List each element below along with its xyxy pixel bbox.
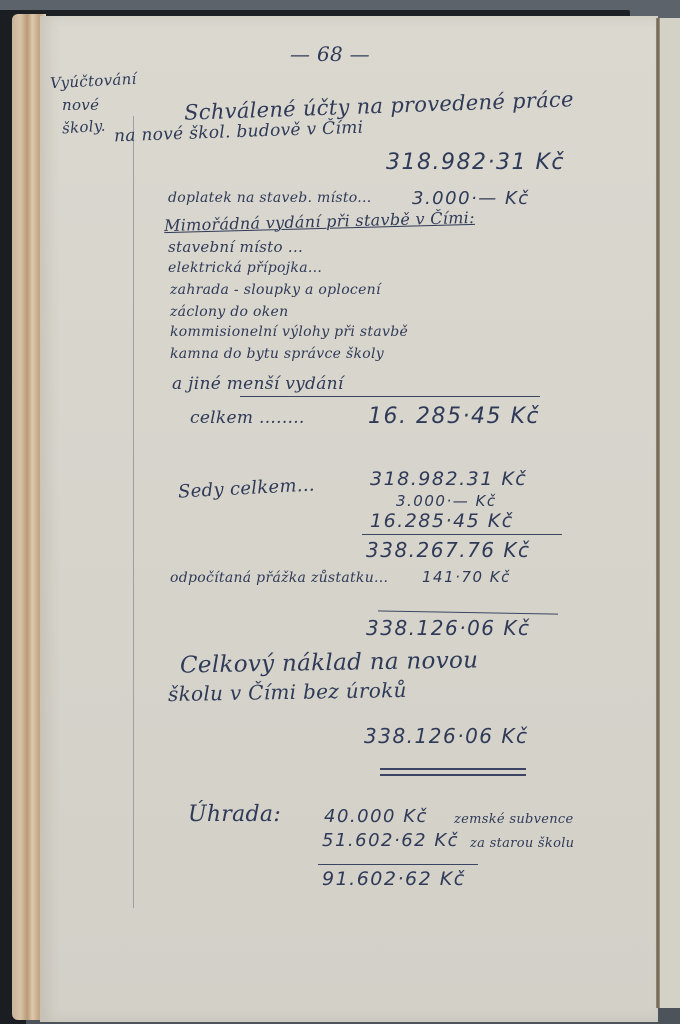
extraordinary-sum-rule [240, 396, 540, 397]
total-double-rule-2 [380, 774, 526, 776]
total-cost-line-1: Celkový náklad na novou [180, 647, 479, 678]
extra-item-4: záclony do oken [170, 304, 288, 320]
ledger-page: — 68 — Vyúčtování nové školy. Schválené … [40, 16, 658, 1022]
summary-label: Sedy celkem... [178, 474, 316, 502]
coverage-line-2-amount: 51.602·62 Kč [322, 830, 459, 851]
summary-line-2: 3.000·— Kč [396, 492, 497, 510]
coverage-line-1-note: zemské subvence [454, 812, 574, 827]
heading-amount: 318.982·31 Kč [386, 150, 565, 175]
margin-note-line-1: Vyúčtování [50, 70, 138, 93]
coverage-label: Úhrada: [188, 802, 281, 827]
extraordinary-total-amount: 16. 285·45 Kč [368, 404, 540, 429]
coverage-line-1-amount: 40.000 Kč [324, 806, 428, 827]
page-number: — 68 — [290, 42, 370, 66]
margin-note-line-2: nové [62, 96, 99, 114]
doplatek-label: doplatek na staveb. místo... [168, 190, 372, 206]
summary-result: 338.126·06 Kč [366, 616, 530, 640]
extra-item-2: elektrická přípojka... [168, 260, 322, 276]
margin-rule [133, 116, 134, 908]
summary-sum: 338.267.76 Kč [366, 538, 530, 562]
heading-line-1: Schválené účty na provedené práce [184, 87, 574, 125]
heading-line-2: na nové škol. budově v Čími [114, 118, 364, 147]
summary-line-1: 318.982.31 Kč [370, 468, 527, 490]
facing-page-edge [660, 18, 680, 1008]
extra-item-7: a jiné menší vydání [172, 374, 344, 394]
coverage-total: 91.602·62 Kč [322, 868, 466, 890]
margin-note-line-3: školy. [61, 116, 106, 137]
deduction-rule [378, 610, 558, 614]
extra-item-1: stavební místo ... [168, 238, 303, 256]
summary-line-3: 16.285·45 Kč [370, 510, 514, 532]
summary-sum-rule [362, 534, 562, 535]
ledger-photo: — 68 — Vyúčtování nové školy. Schválené … [0, 0, 680, 1024]
total-double-rule-1 [380, 768, 526, 770]
extra-item-5: kommisionelní výlohy při stavbě [170, 324, 408, 340]
extraordinary-total-label: celkem ........ [190, 408, 305, 428]
extra-item-3: zahrada - sloupky a oplocení [170, 282, 381, 298]
extra-item-6: kamna do bytu správce školy [170, 346, 384, 362]
deduction-amount: 141·70 Kč [422, 568, 511, 586]
deduction-label: odpočítaná přážka zůstatku... [170, 570, 388, 586]
coverage-sum-rule [318, 864, 478, 865]
coverage-line-2-note: za starou školu [470, 836, 574, 851]
doplatek-amount: 3.000·— Kč [412, 188, 530, 209]
total-cost-line-2: školu v Čími bez úroků [168, 678, 407, 706]
extraordinary-title: Mimořádná vydání při stavbě v Čími: [164, 208, 475, 235]
total-cost-amount: 338.126·06 Kč [364, 724, 528, 748]
